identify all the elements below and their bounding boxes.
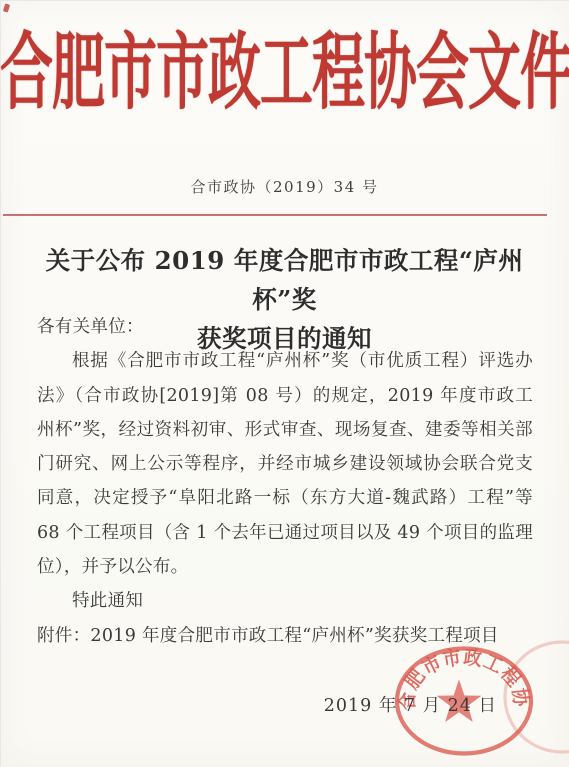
closing-line: 特此通知 [37,584,533,618]
body-line: 门研究、网上公示等程序，并经市城乡建设领域协会联合党支部 [37,447,533,481]
red-header-title: 合肥市市政工程协会文件 [0,6,569,126]
issue-date: 2019 年 7 月 24 日 [324,692,497,717]
body-line: 州杯”奖，经过资料初审、形式审查、现场复查、建委等相关部 [37,413,533,447]
salutation: 各有关单位： [37,310,533,344]
doc-number: 合市政协（2019）34 号 [0,176,569,197]
notice-title-line1: 关于公布 2019 年度合肥市市政工程“庐州杯”奖 [24,241,545,319]
red-separator-line [3,214,547,216]
body-line: 位），并予以公布。 [37,550,533,584]
body-line: 根据《合肥市市政工程“庐州杯”奖（市优质工程）评选办 [37,344,533,378]
document-body: 各有关单位： 根据《合肥市市政工程“庐州杯”奖（市优质工程）评选办 法》（合市政… [37,310,533,653]
body-line: 法》（合市政协[2019]第 08 号）的规定，2019 年度市政工程“庐 [37,379,533,413]
body-line: 同意，决定授予“阜阳北路一标（东方大道-魏武路）工程”等 [37,481,533,515]
body-line: 68 个工程项目（含 1 个去年已通过项目以及 49 个项目的监理单 [37,516,533,550]
document-page: 合肥市市政工程协会文件 合市政协（2019）34 号 关于公布 2019 年度合… [0,0,569,767]
